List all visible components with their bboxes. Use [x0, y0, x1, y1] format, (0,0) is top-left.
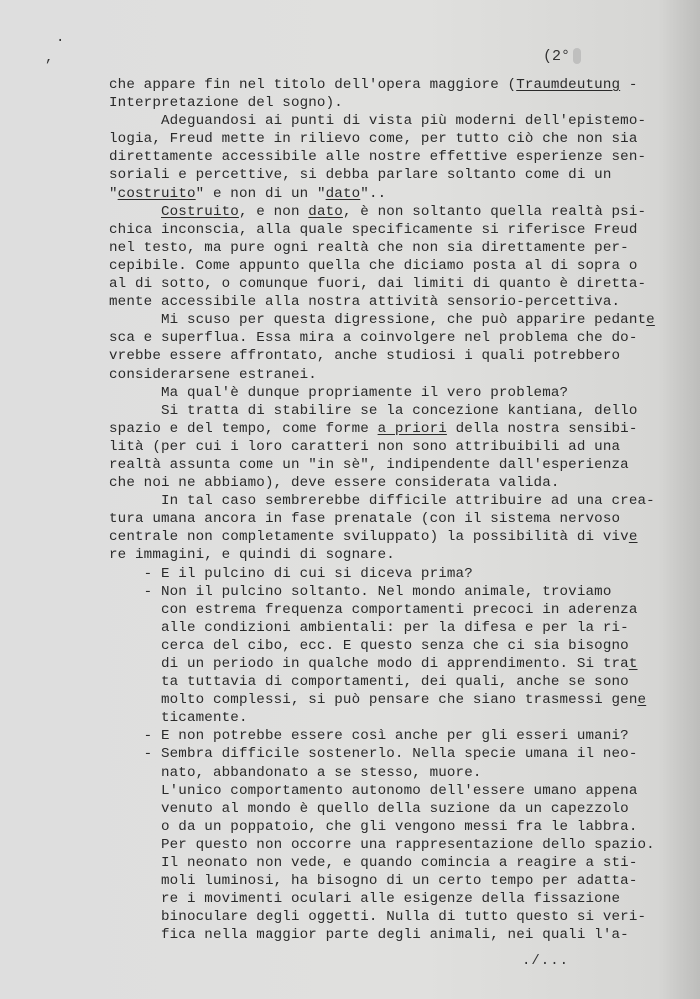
text-segment: sca e superflua. Essa mira a coinvolgere…: [109, 330, 638, 346]
underlined-text: dato: [326, 186, 361, 202]
text-segment: ": [109, 186, 118, 202]
text-line: mente accessibile alla nostra attività s…: [109, 293, 689, 311]
underlined-text: e: [646, 312, 655, 328]
text-line: o da un poppatoio, che gli vengono messi…: [109, 818, 689, 836]
text-line: centrale non completamente sviluppato) l…: [109, 528, 689, 546]
text-segment: che noi ne abbiamo), deve essere conside…: [109, 475, 560, 491]
text-segment: vrebbe essere affrontato, anche studiosi…: [109, 348, 620, 364]
text-line: Il neonato non vede, e quando comincia a…: [109, 854, 689, 872]
text-line: ticamente.: [109, 709, 689, 727]
text-line: nato, abbandonato a se stesso, muore.: [109, 764, 689, 782]
text-segment: In tal caso sembrerebbe difficile attrib…: [109, 493, 655, 509]
underlined-text: e: [638, 692, 647, 708]
underlined-text: dato: [308, 204, 343, 220]
text-segment: fica nella maggior parte degli animali, …: [109, 927, 629, 943]
text-segment: Ma qual'è dunque propriamente il vero pr…: [109, 385, 568, 401]
text-line: - E non potrebbe essere così anche per g…: [109, 727, 689, 745]
text-segment: " e non di un ": [196, 186, 326, 202]
text-line: molto complessi, si può pensare che sian…: [109, 691, 689, 709]
text-line: "costruito" e non di un "dato"..: [109, 185, 689, 203]
text-segment: Mi scuso per questa digressione, che può…: [109, 312, 646, 328]
text-segment: Si tratta di stabilire se la concezione …: [109, 403, 638, 419]
text-segment: lità (per cui i loro caratteri non sono …: [109, 439, 620, 455]
text-segment: logia, Freud mette in rilievo come, per …: [109, 131, 638, 147]
text-segment: di un periodo in qualche modo di apprend…: [109, 656, 629, 672]
text-segment: mente accessibile alla nostra attività s…: [109, 294, 620, 310]
text-line: soriali e percettive, si debba parlare s…: [109, 166, 689, 184]
text-line: spazio e del tempo, come forme a priori …: [109, 420, 689, 438]
text-line: alle condizioni ambientali: per la difes…: [109, 619, 689, 637]
text-segment: [109, 204, 161, 220]
text-segment: - E non potrebbe essere così anche per g…: [109, 728, 629, 744]
text-line: re i movimenti oculari alle esigenze del…: [109, 890, 689, 908]
typewritten-page: . , (2° che appare fin nel titolo dell'o…: [0, 0, 700, 999]
text-segment: realtà assunta come un "in sè", indipend…: [109, 457, 629, 473]
text-line: vrebbe essere affrontato, anche studiosi…: [109, 347, 689, 365]
text-segment: o da un poppatoio, che gli vengono messi…: [109, 819, 638, 835]
text-segment: nel testo, ma pure ogni realtà che non s…: [109, 240, 629, 256]
text-segment: cerca del cibo, ecc. E questo senza che …: [109, 638, 629, 654]
text-segment: soriali e percettive, si debba parlare s…: [109, 167, 612, 183]
text-segment: cepibile. Come appunto quella che diciam…: [109, 258, 638, 274]
underlined-text: costruito: [118, 186, 196, 202]
text-line: Per questo non occorre una rappresentazi…: [109, 836, 689, 854]
text-line: con estrema frequenza comportamenti prec…: [109, 601, 689, 619]
text-segment: che appare fin nel titolo dell'opera mag…: [109, 77, 516, 93]
ink-blot: [573, 48, 581, 64]
text-segment: -: [620, 77, 637, 93]
text-segment: della nostra sensibi-: [447, 421, 638, 437]
text-segment: re immagini, e quindi di sognare.: [109, 547, 395, 563]
text-segment: direttamente accessibile alle nostre eff…: [109, 149, 646, 165]
text-line: di un periodo in qualche modo di apprend…: [109, 655, 689, 673]
text-line: - Non il pulcino soltanto. Nel mondo ani…: [109, 583, 689, 601]
text-line: fica nella maggior parte degli animali, …: [109, 926, 689, 944]
text-line: lità (per cui i loro caratteri non sono …: [109, 438, 689, 456]
underlined-text: a priori: [378, 421, 447, 437]
text-segment: moli luminosi, ha bisogno di un certo te…: [109, 873, 638, 889]
text-line: Interpretazione del sogno).: [109, 94, 689, 112]
text-line: che appare fin nel titolo dell'opera mag…: [109, 76, 689, 94]
text-line: realtà assunta come un "in sè", indipend…: [109, 456, 689, 474]
text-segment: ticamente.: [109, 710, 248, 726]
underlined-text: Costruito: [161, 204, 239, 220]
margin-mark: .: [56, 30, 64, 46]
text-line: Mi scuso per questa digressione, che può…: [109, 311, 689, 329]
text-line: re immagini, e quindi di sognare.: [109, 546, 689, 564]
page-number-text: (2°: [543, 48, 570, 65]
text-segment: , è non soltanto quella realtà psi-: [343, 204, 646, 220]
text-line: Si tratta di stabilire se la concezione …: [109, 402, 689, 420]
margin-mark: ,: [45, 50, 53, 66]
text-line: tura umana ancora in fase prenatale (con…: [109, 510, 689, 528]
document-body: che appare fin nel titolo dell'opera mag…: [109, 76, 689, 945]
text-line: logia, Freud mette in rilievo come, per …: [109, 130, 689, 148]
text-segment: considerarsene estranei.: [109, 367, 317, 383]
text-line: - E il pulcino di cui si diceva prima?: [109, 565, 689, 583]
continuation-mark: ./...: [522, 953, 569, 969]
text-segment: con estrema frequenza comportamenti prec…: [109, 602, 638, 618]
text-segment: re i movimenti oculari alle esigenze del…: [109, 891, 620, 907]
text-segment: Il neonato non vede, e quando comincia a…: [109, 855, 638, 871]
text-line: Adeguandosi ai punti di vista più modern…: [109, 112, 689, 130]
underlined-text: Traumdeutung: [516, 77, 620, 93]
text-segment: molto complessi, si può pensare che sian…: [109, 692, 638, 708]
text-segment: venuto al mondo è quello della suzione d…: [109, 801, 629, 817]
text-segment: - Sembra difficile sostenerlo. Nella spe…: [109, 746, 638, 762]
text-line: - Sembra difficile sostenerlo. Nella spe…: [109, 745, 689, 763]
text-line: ta tuttavia di comportamenti, dei quali,…: [109, 673, 689, 691]
text-segment: alle condizioni ambientali: per la difes…: [109, 620, 629, 636]
underlined-text: e: [629, 529, 638, 545]
text-segment: tura umana ancora in fase prenatale (con…: [109, 511, 620, 527]
text-segment: Per questo non occorre una rappresentazi…: [109, 837, 655, 853]
text-segment: "..: [360, 186, 386, 202]
text-segment: al di sotto, o comunque fuori, dai limit…: [109, 276, 646, 292]
text-segment: binoculare degli oggetti. Nulla di tutto…: [109, 909, 646, 925]
text-line: considerarsene estranei.: [109, 366, 689, 384]
text-segment: spazio e del tempo, come forme: [109, 421, 378, 437]
text-segment: centrale non completamente sviluppato) l…: [109, 529, 629, 545]
text-segment: L'unico comportamento autonomo dell'esse…: [109, 783, 638, 799]
text-segment: Adeguandosi ai punti di vista più modern…: [109, 113, 646, 129]
text-segment: - Non il pulcino soltanto. Nel mondo ani…: [109, 584, 612, 600]
text-segment: Interpretazione del sogno).: [109, 95, 343, 111]
text-segment: chica inconscia, alla quale specificamen…: [109, 222, 638, 238]
page-number: (2°: [543, 48, 581, 65]
text-line: binoculare degli oggetti. Nulla di tutto…: [109, 908, 689, 926]
text-line: direttamente accessibile alle nostre eff…: [109, 148, 689, 166]
text-segment: nato, abbandonato a se stesso, muore.: [109, 765, 482, 781]
text-line: chica inconscia, alla quale specificamen…: [109, 221, 689, 239]
text-line: al di sotto, o comunque fuori, dai limit…: [109, 275, 689, 293]
text-segment: , e non: [239, 204, 308, 220]
text-line: cepibile. Come appunto quella che diciam…: [109, 257, 689, 275]
text-segment: - E il pulcino di cui si diceva prima?: [109, 566, 473, 582]
text-segment: ta tuttavia di comportamenti, dei quali,…: [109, 674, 629, 690]
text-line: sca e superflua. Essa mira a coinvolgere…: [109, 329, 689, 347]
text-line: venuto al mondo è quello della suzione d…: [109, 800, 689, 818]
text-line: cerca del cibo, ecc. E questo senza che …: [109, 637, 689, 655]
text-line: che noi ne abbiamo), deve essere conside…: [109, 474, 689, 492]
text-line: Ma qual'è dunque propriamente il vero pr…: [109, 384, 689, 402]
text-line: L'unico comportamento autonomo dell'esse…: [109, 782, 689, 800]
text-line: Costruito, e non dato, è non soltanto qu…: [109, 203, 689, 221]
text-line: nel testo, ma pure ogni realtà che non s…: [109, 239, 689, 257]
underlined-text: t: [629, 656, 638, 672]
text-line: moli luminosi, ha bisogno di un certo te…: [109, 872, 689, 890]
text-line: In tal caso sembrerebbe difficile attrib…: [109, 492, 689, 510]
